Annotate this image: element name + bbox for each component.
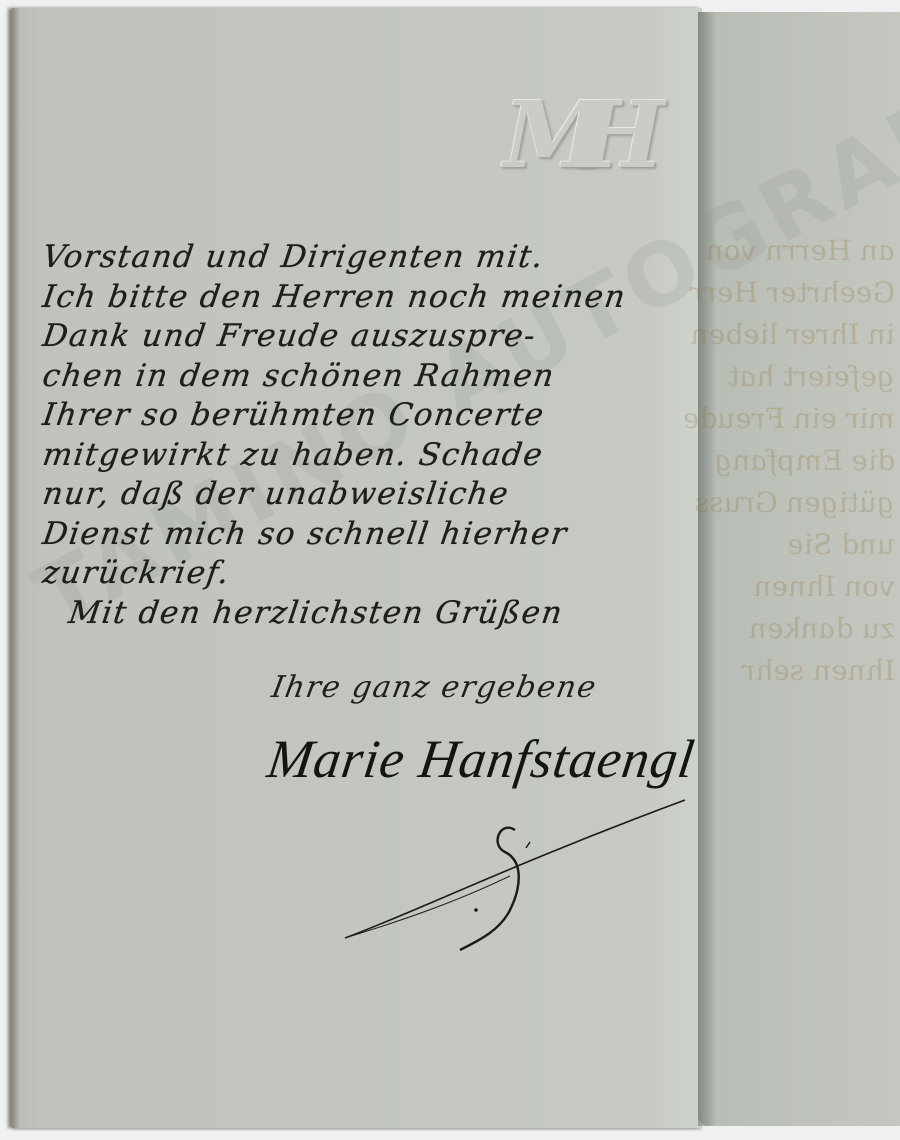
greeting-line: Mit den herzlichsten Grüßen — [40, 594, 711, 634]
letter-line: Ich bitte den Herren noch meinen — [40, 278, 711, 318]
embossed-monogram: MH — [510, 82, 630, 187]
signature: Marie Hanfstaengl — [264, 728, 699, 790]
letter-body: Vorstand und Dirigenten mit. Ich bitte d… — [40, 238, 705, 633]
scanned-letter: MH TAMINO AUTOGRAPHS Vorstand und Dirige… — [0, 0, 900, 1140]
letter-line: mitgewirkt zu haben. Schade — [40, 436, 711, 476]
letter-line: zurückrief. — [40, 554, 711, 594]
letter-line: chen in dem schönen Rahmen — [40, 357, 711, 397]
letter-line: Vorstand und Dirigenten mit. — [40, 238, 711, 278]
letter-line: Dienst mich so schnell hierher — [40, 515, 711, 555]
letter-line: Ihrer so berühmten Concerte — [40, 396, 711, 436]
letter-line: nur, daß der unabweisliche — [40, 475, 711, 515]
closing-phrase: Ihre ganz ergebene — [269, 670, 600, 705]
monogram-text: MH — [504, 81, 637, 189]
signature-flourish-icon — [340, 790, 700, 960]
bleed-through-text: an Herrn von Geehrter Herr in Ihrer lieb… — [705, 230, 895, 930]
letter-line: Dank und Freude auszuspre- — [40, 317, 711, 357]
